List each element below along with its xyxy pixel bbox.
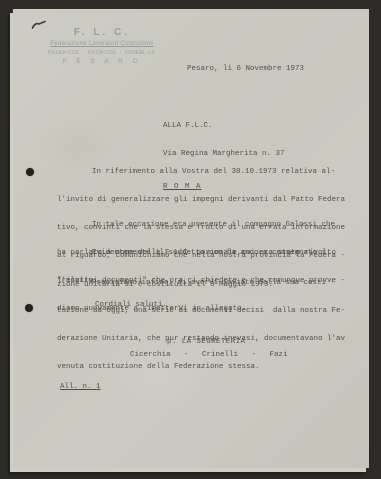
attachments-note: All. n. 1 xyxy=(60,383,101,392)
letterhead: F. L. C. Federazione Lavoratori Costruzi… xyxy=(23,27,181,65)
body-line: Evidentemente il suddetto non ha ancora … xyxy=(57,249,357,258)
body-line: Precisiamo infine, di averVi inviato dal… xyxy=(57,279,357,288)
date-line: Pesaro, lì 6 Novembre 1973 xyxy=(187,65,304,74)
letterhead-city: P E S A R O xyxy=(23,58,181,65)
scanned-letter: F. L. C. Federazione Lavoratori Costruzi… xyxy=(0,0,381,479)
signature-names: Cicerchia - Crinelli - Fazi xyxy=(130,351,288,360)
punch-hole-bottom xyxy=(25,304,33,312)
signature-prefix: p. LA SEGRETERIA xyxy=(167,338,245,347)
body-line: In riferimento alla Vostra del 30.10.197… xyxy=(57,168,357,177)
letterhead-org-name: Federazione Lavoratori Costruzioni xyxy=(23,41,181,47)
body-paragraph-4: Precisiamo infine, di averVi inviato dal… xyxy=(57,260,357,392)
punch-hole-top xyxy=(26,168,34,176)
letterhead-org-initials: F. L. C. xyxy=(23,27,181,38)
letter-page: F. L. C. Federazione Lavoratori Costruzi… xyxy=(13,9,369,468)
closing-salutation: Cordiali saluti. xyxy=(95,301,167,310)
recipient-line-1: ALLA F.L.C. xyxy=(163,122,285,131)
letterhead-unions-line: FILLEA-CGIL - FILCA-CISL - FENEAL-UIL xyxy=(23,50,181,56)
body-line: venuta costituzione della Federazione st… xyxy=(57,363,357,372)
body-line: In tale occasione era presente il compag… xyxy=(57,221,357,230)
